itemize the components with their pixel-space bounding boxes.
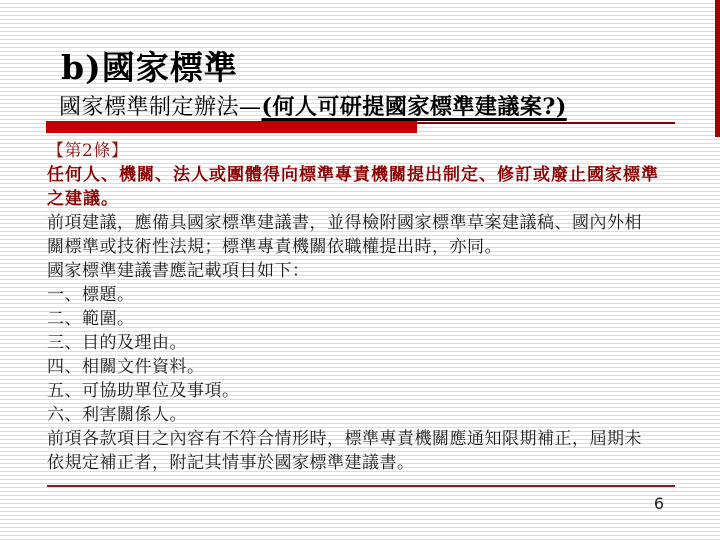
body-text-block: 【第2條】 任何人、機關、法人或團體得向標準專責機關提出制定、修訂或廢止國家標準… <box>47 139 687 475</box>
body-line: 前項各款項目之內容有不符合情形時，標準專責機關應通知限期補正，屆期未 <box>47 427 687 451</box>
subtitle-plain-text: 國家標準制定辦法— <box>59 95 262 120</box>
list-item: 一、標題。 <box>47 283 687 307</box>
page-number: 6 <box>654 494 664 513</box>
body-line: 國家標準建議書應記載項目如下： <box>47 259 687 283</box>
list-item: 三、目的及理由。 <box>47 331 687 355</box>
body-line: 任何人、機關、法人或團體得向標準專責機關提出制定、修訂或廢止國家標準 <box>47 163 687 187</box>
slide-title: b)國家標準 <box>61 42 238 89</box>
body-line: 關標準或技術性法規；標準專責機關依職權提出時，亦同。 <box>47 235 687 259</box>
footer-divider-line <box>47 485 675 488</box>
article-heading: 【第2條】 <box>47 139 687 163</box>
slide-subtitle: 國家標準制定辦法—(何人可研提國家標準建議案?) <box>59 90 567 121</box>
body-line: 依規定補正者，附記其情事於國家標準建議書。 <box>47 451 687 475</box>
body-line: 之建議。 <box>47 187 687 211</box>
body-line: 前項建議，應備具國家標準建議書，並得檢附國家標準草案建議稿、國內外相 <box>47 211 687 235</box>
slide: b)國家標準 國家標準制定辦法—(何人可研提國家標準建議案?) 【第2條】 任何… <box>0 0 720 540</box>
right-edge-accent-bar <box>715 0 720 137</box>
list-item: 四、相關文件資料。 <box>47 355 687 379</box>
list-item: 二、範圍。 <box>47 307 687 331</box>
title-divider-bar <box>46 121 417 133</box>
list-item: 六、利害關係人。 <box>47 403 687 427</box>
list-item: 五、可協助單位及事項。 <box>47 379 687 403</box>
subtitle-underlined-text: (何人可研提國家標準建議案?) <box>262 94 567 120</box>
